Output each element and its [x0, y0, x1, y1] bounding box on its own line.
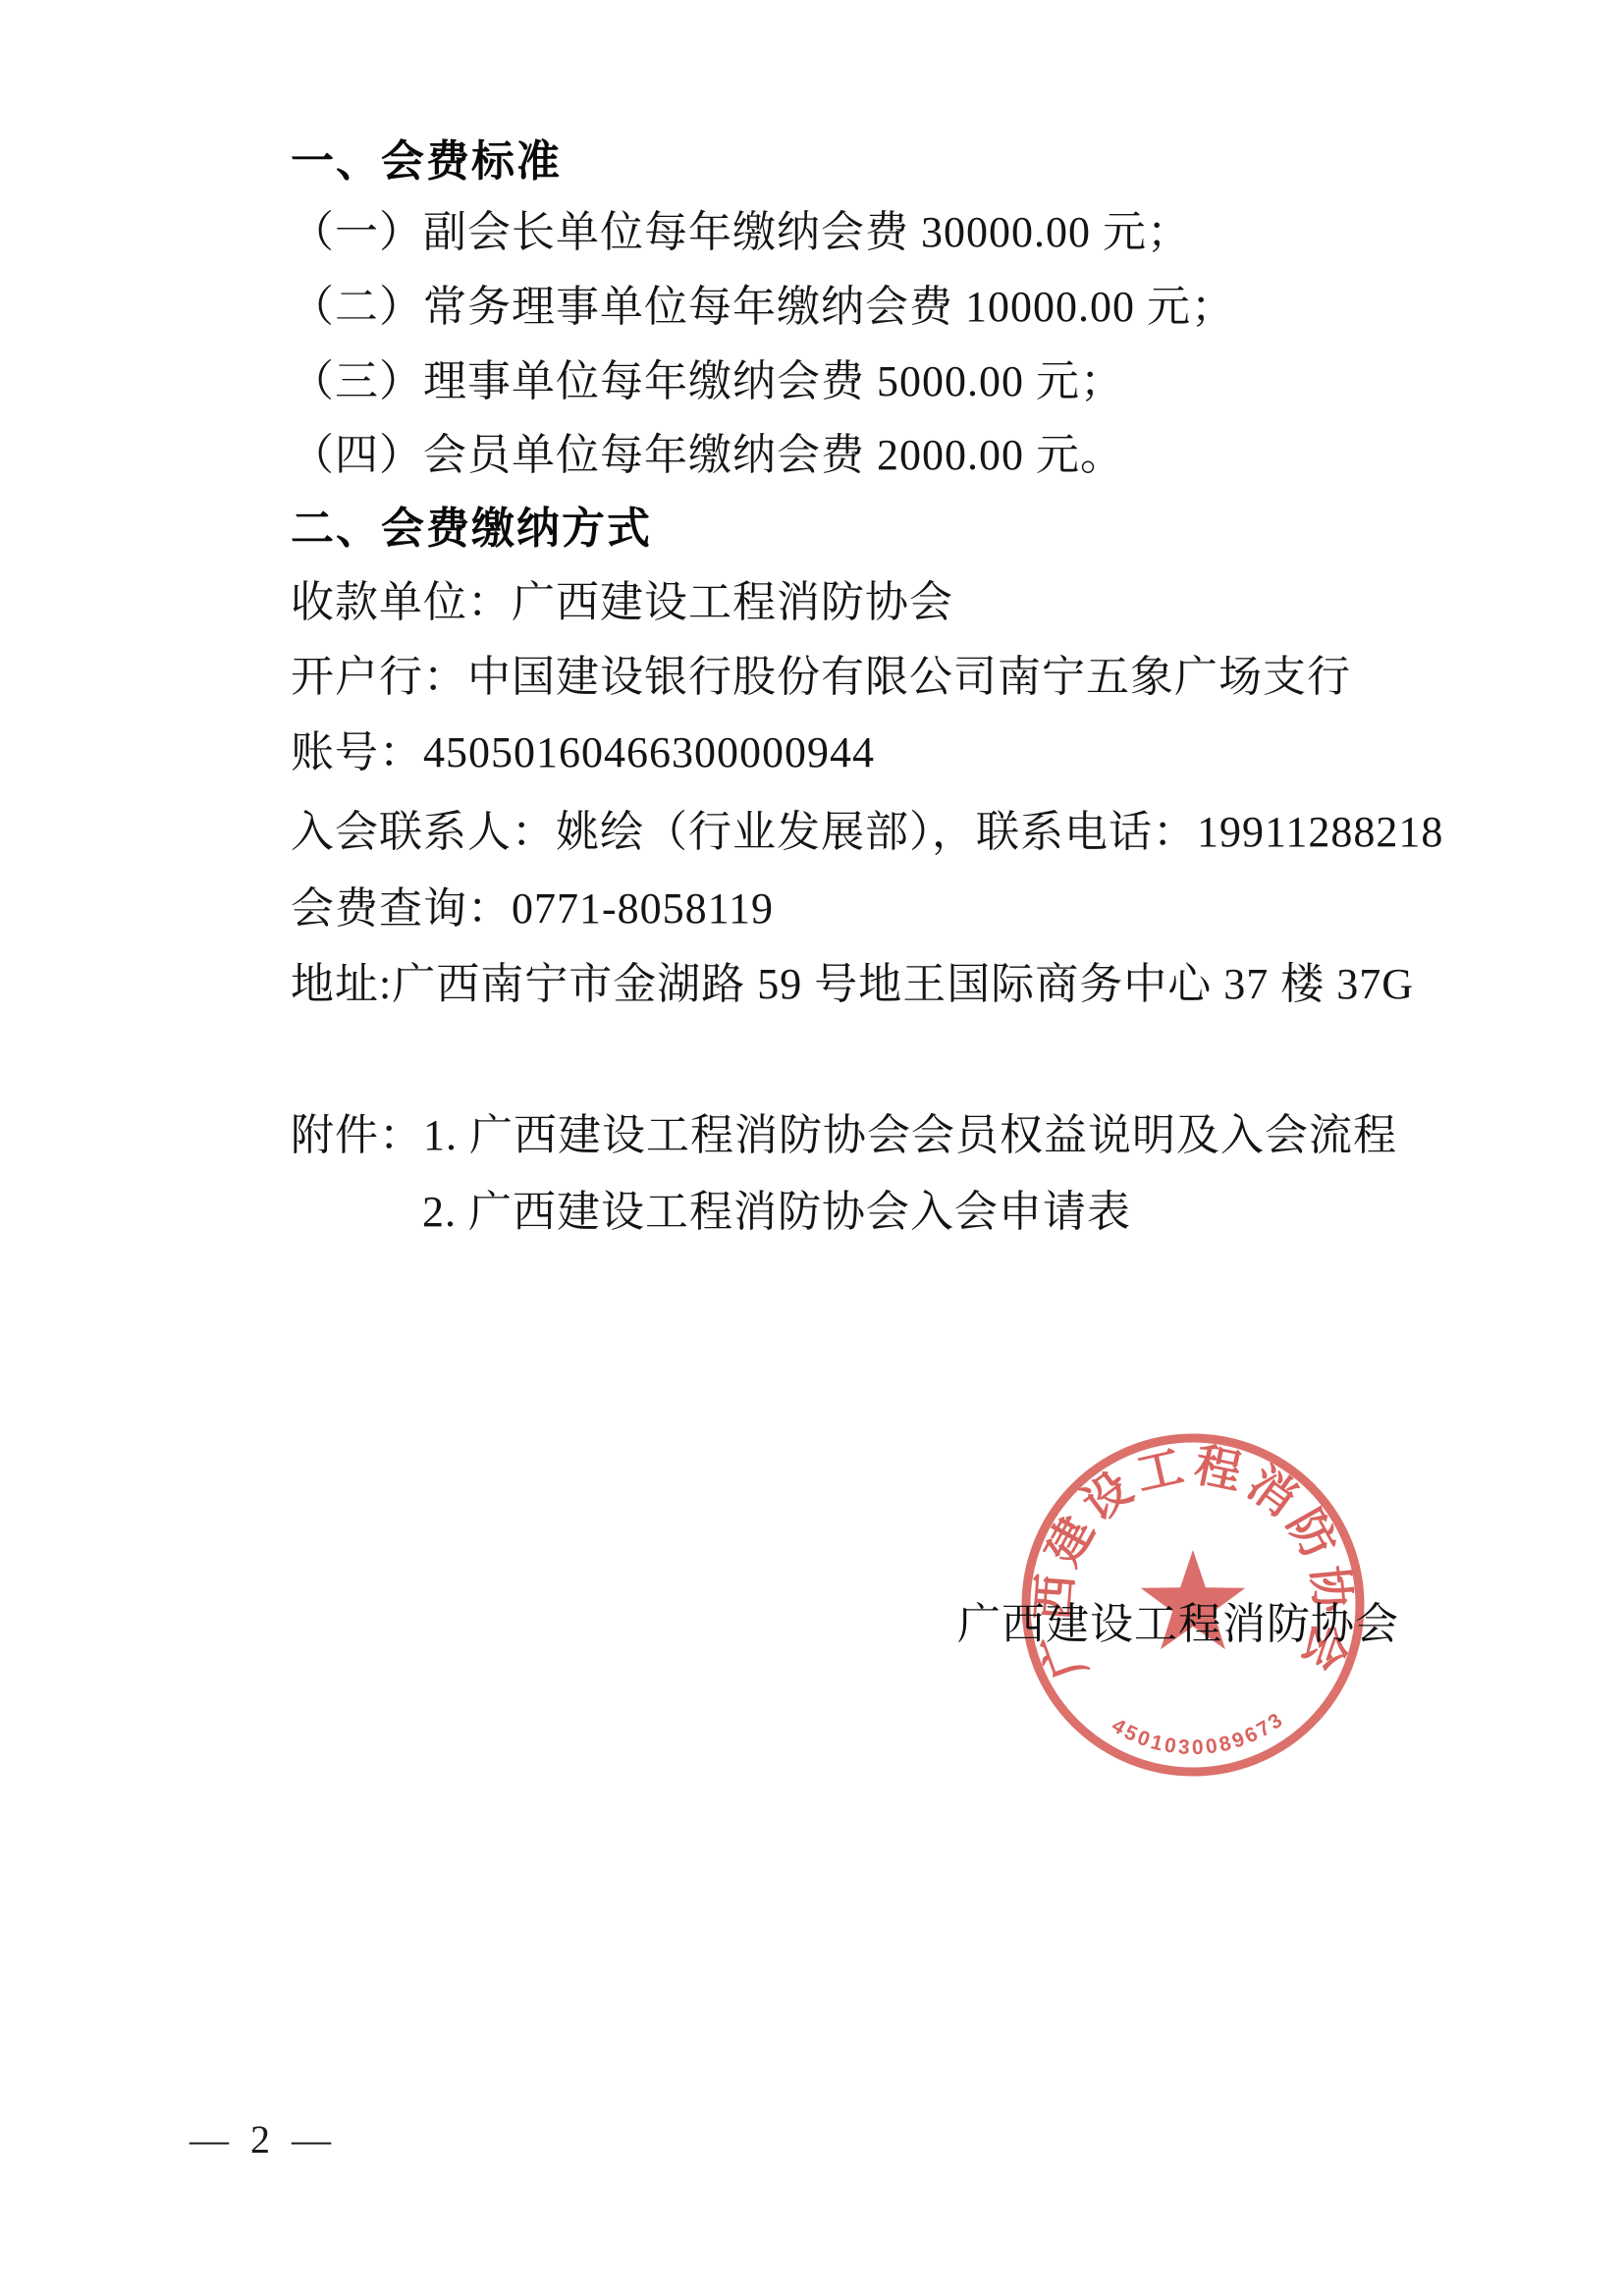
- attachment-line-2: 2. 广西建设工程消防协会入会申请表: [422, 1175, 1131, 1250]
- payment-line-account-number: 账号：45050160466300000944: [291, 716, 875, 790]
- section-heading-payment-method: 二、会费缴纳方式: [291, 492, 652, 566]
- fee-item-executive-director: （二）常务理事单位每年缴纳会费 10000.00 元；: [291, 270, 1235, 345]
- document-page: 一、会费标准 （一）副会长单位每年缴纳会费 30000.00 元； （二）常务理…: [0, 0, 1624, 2296]
- fee-item-vice-president: （一）副会长单位每年缴纳会费 30000.00 元；: [291, 195, 1191, 270]
- signature-org-name: 广西建设工程消防协会: [957, 1587, 1399, 1662]
- fee-item-director: （三）理事单位每年缴纳会费 5000.00 元；: [291, 345, 1124, 419]
- payment-line-fee-inquiry-phone: 会费查询：0771-8058119: [291, 872, 774, 946]
- payment-line-address: 地址:广西南宁市金湖路 59 号地王国际商务中心 37 楼 37G: [291, 947, 1414, 1022]
- seal-code-text: 4501030089673: [1108, 1707, 1288, 1759]
- attachment-line-1: 附件：1. 广西建设工程消防协会会员权益说明及入会流程: [291, 1098, 1397, 1173]
- payment-line-contact: 入会联系人：姚绘（行业发展部），联系电话：19911288218: [291, 795, 1443, 870]
- section-heading-fee-standard: 一、会费标准: [291, 125, 562, 199]
- page-number: — 2 —: [189, 2110, 337, 2169]
- payment-line-payee: 收款单位：广西建设工程消防协会: [291, 565, 953, 640]
- fee-item-member: （四）会员单位每年缴纳会费 2000.00 元。: [291, 418, 1124, 493]
- payment-line-bank: 开户行：中国建设银行股份有限公司南宁五象广场支行: [291, 640, 1351, 715]
